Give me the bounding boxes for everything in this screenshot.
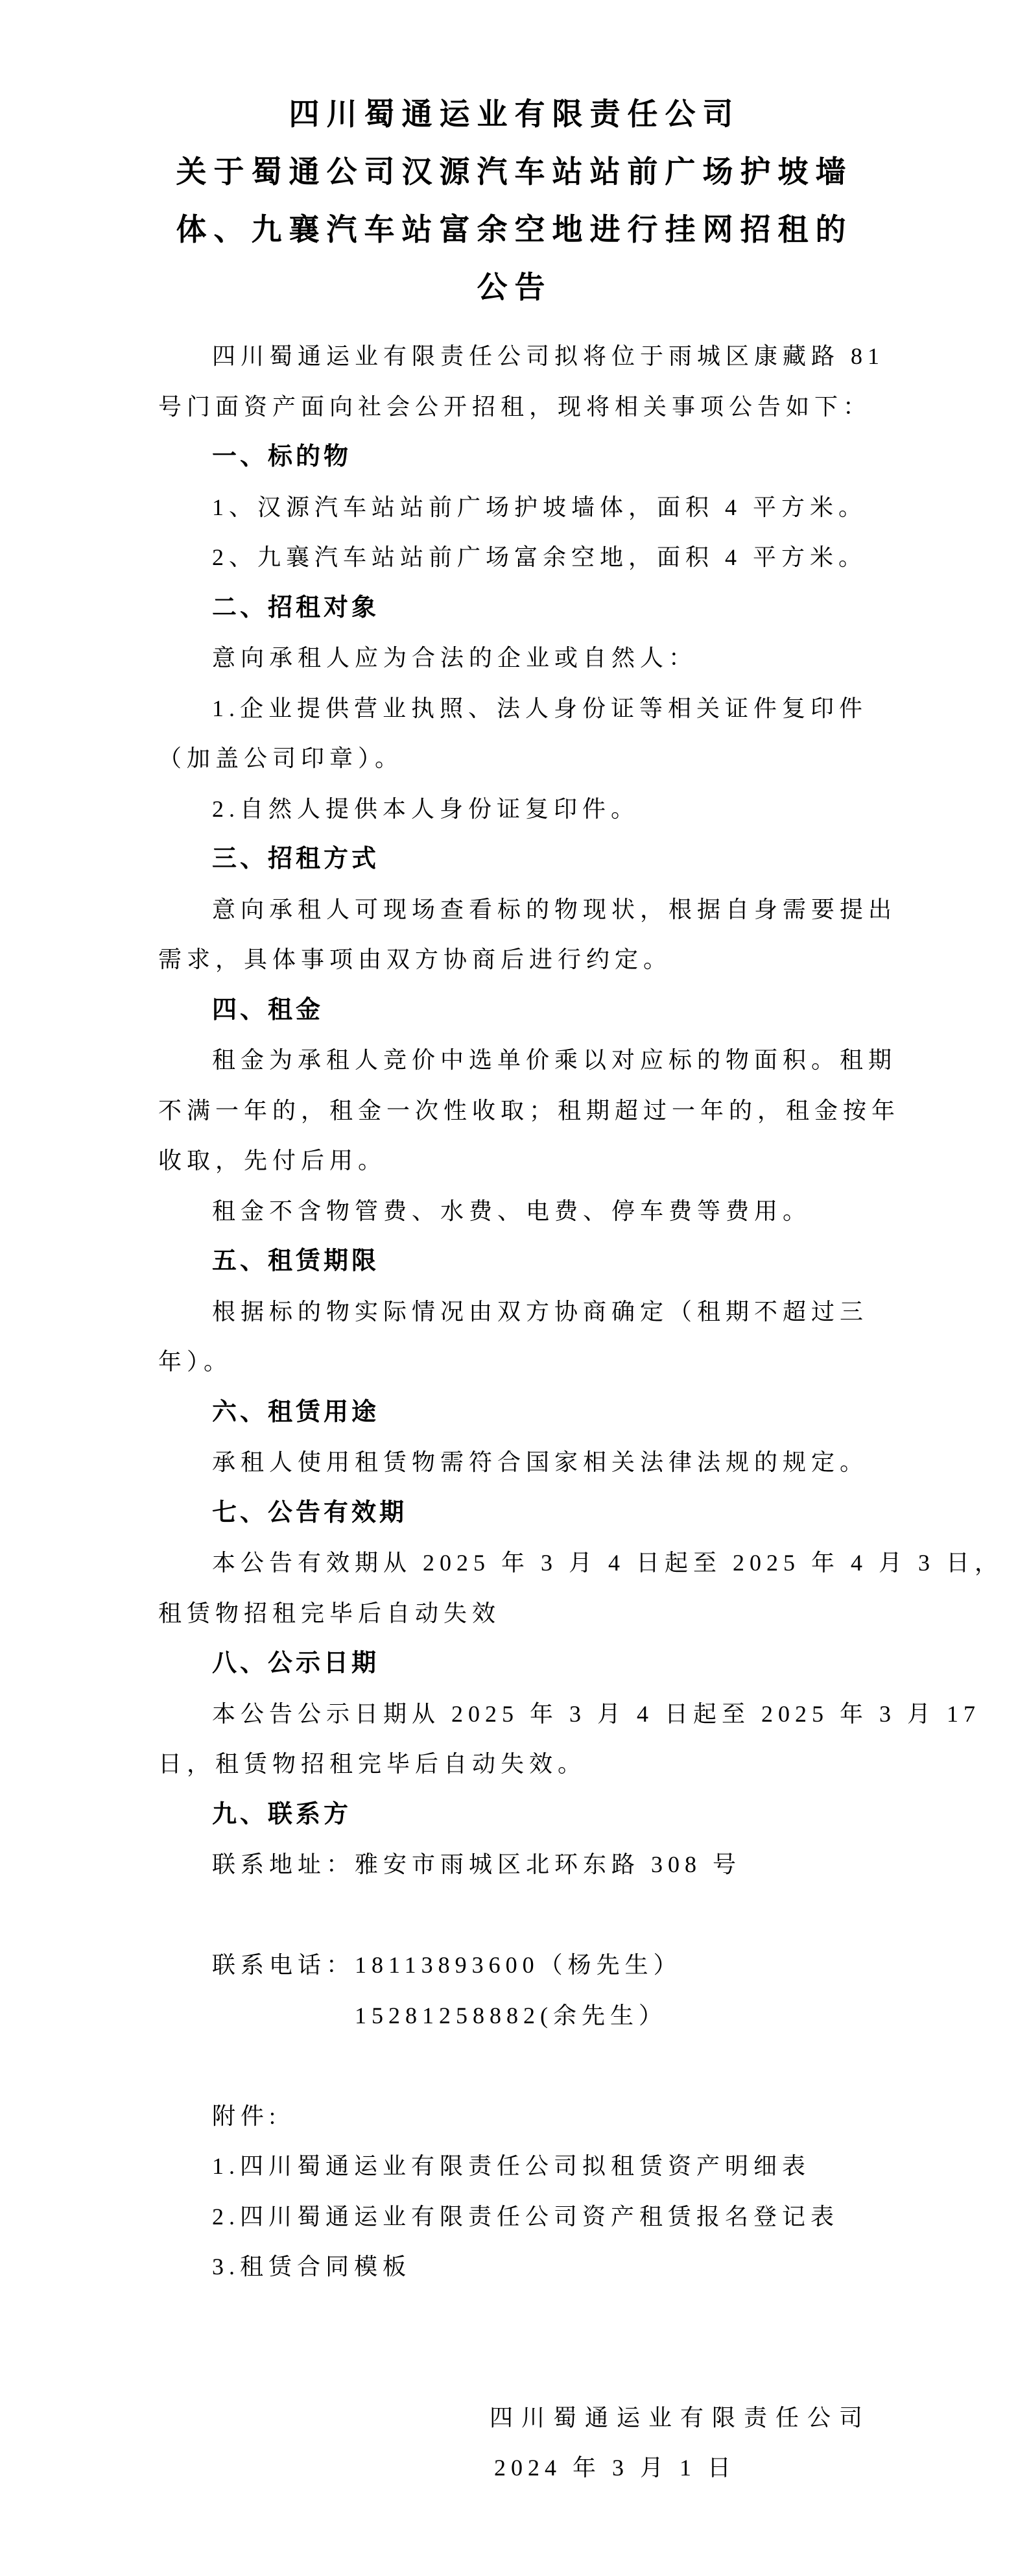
body-line: 租金为承租人竞价中选单价乘以对应标的物面积。租期 (158, 1035, 871, 1086)
body-line: 本公告有效期从 2025 年 3 月 4 日起至 2025 年 4 月 3 日， (158, 1538, 871, 1589)
document-title: 四川蜀通运业有限责任公司 关于蜀通公司汉源汽车站站前广场护坡墙 体、九襄汽车站富… (0, 0, 1029, 316)
body-line: 日，租赁物招租完毕后自动失效。 (158, 1739, 871, 1790)
title-line-company: 四川蜀通运业有限责任公司 (0, 85, 1029, 143)
body-line: 租赁物招租完毕后自动失效 (158, 1589, 871, 1639)
body-line: （加盖公司印章）。 (158, 734, 871, 784)
body-line: 1.企业提供营业执照、法人身份证等相关证件复印件 (158, 684, 871, 734)
body-line: 承租人使用租赁物需符合国家相关法律法规的规定。 (158, 1438, 871, 1488)
section-heading: 八、公示日期 (158, 1639, 871, 1689)
body-line: 四川蜀通运业有限责任公司拟将位于雨城区康藏路 81 (158, 331, 871, 382)
title-line-announcement: 公告 (0, 258, 1029, 316)
section-heading: 九、联系方 (158, 1790, 871, 1840)
body-line: 15281258882(余先生） (158, 1991, 871, 2041)
section-heading: 二、招租对象 (158, 583, 871, 634)
body-line: 号门面资产面向社会公开招租，现将相关事项公告如下： (158, 382, 871, 433)
body-line: 附件: (158, 2091, 871, 2142)
date-line: 2024 年 3 月 1 日 (158, 2443, 871, 2494)
body-line: 根据标的物实际情况由双方协商确定（租期不超过三 (158, 1287, 871, 1338)
section-heading: 七、公告有效期 (158, 1488, 871, 1539)
signature: 四川蜀通运业有限责任公司 (158, 2393, 871, 2444)
document-body: 四川蜀通运业有限责任公司拟将位于雨城区康藏路 81号门面资产面向社会公开招租，现… (158, 331, 871, 2494)
body-line: 联系地址：雅安市雨城区北环东路 308 号 (158, 1840, 871, 1890)
blank-line (158, 2342, 871, 2393)
blank-line (158, 1890, 871, 1941)
body-line: 本公告公示日期从 2025 年 3 月 4 日起至 2025 年 3 月 17 (158, 1689, 871, 1740)
body-line: 联系电话：18113893600（杨先生） (158, 1940, 871, 1991)
body-line: 1.四川蜀通运业有限责任公司拟租赁资产明细表 (158, 2141, 871, 2192)
section-heading: 一、标的物 (158, 432, 871, 483)
title-line-subject-2: 体、九襄汽车站富余空地进行挂网招租的 (0, 200, 1029, 258)
body-line: 收取，先付后用。 (158, 1136, 871, 1186)
section-heading: 三、招租方式 (158, 834, 871, 885)
body-line: 年）。 (158, 1337, 871, 1388)
body-line: 1、汉源汽车站站前广场护坡墙体，面积 4 平方米。 (158, 483, 871, 533)
body-line: 2、九襄汽车站站前广场富余空地，面积 4 平方米。 (158, 533, 871, 583)
section-heading: 四、租金 (158, 985, 871, 1036)
body-line: 2.四川蜀通运业有限责任公司资产租赁报名登记表 (158, 2192, 871, 2243)
body-line: 需求，具体事项由双方协商后进行约定。 (158, 935, 871, 985)
body-line: 不满一年的，租金一次性收取；租期超过一年的，租金按年 (158, 1086, 871, 1137)
section-heading: 六、租赁用途 (158, 1388, 871, 1438)
section-heading: 五、租赁期限 (158, 1236, 871, 1287)
announcement-page: 四川蜀通运业有限责任公司 关于蜀通公司汉源汽车站站前广场护坡墙 体、九襄汽车站富… (0, 0, 1029, 2576)
blank-line (158, 2041, 871, 2091)
title-line-subject-1: 关于蜀通公司汉源汽车站站前广场护坡墙 (0, 143, 1029, 200)
body-line: 意向承租人应为合法的企业或自然人： (158, 633, 871, 684)
blank-line (158, 2293, 871, 2343)
body-line: 意向承租人可现场查看标的物现状，根据自身需要提出 (158, 885, 871, 935)
body-line: 2.自然人提供本人身份证复印件。 (158, 784, 871, 835)
body-line: 租金不含物管费、水费、电费、停车费等费用。 (158, 1186, 871, 1237)
body-line: 3.租赁合同模板 (158, 2242, 871, 2293)
